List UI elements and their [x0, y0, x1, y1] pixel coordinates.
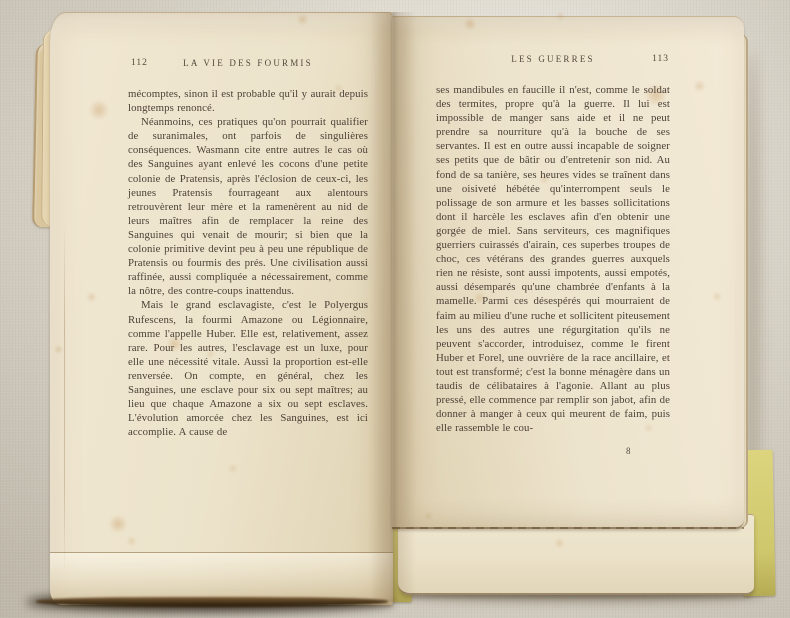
paragraph: mécomptes, sinon il est probable qu'il y…	[128, 87, 368, 115]
right-page-header: LES GUERRES 113	[436, 54, 670, 67]
paragraph: Néanmoins, ces pratiques qu'on pourrait …	[128, 115, 368, 298]
right-page-content: LES GUERRES 113 ses mandibules en faucil…	[436, 54, 670, 435]
page-bottom-edge-shadow	[36, 597, 388, 607]
page-number-right: 113	[652, 54, 669, 64]
page-crease	[64, 223, 65, 575]
right-page-text: ses mandibules en faucille il n'est, com…	[436, 83, 670, 435]
paragraph: Mais le grand esclavagiste, c'est le Pol…	[128, 298, 368, 439]
running-title-left: LA VIE DES FOURMIS	[128, 58, 368, 68]
left-page-content: 112 LA VIE DES FOURMIS mécomptes, sinon …	[128, 58, 368, 439]
paragraph: ses mandibules en faucille il n'est, com…	[436, 83, 670, 435]
running-title-right: LES GUERRES	[436, 54, 670, 64]
book-photograph: 112 LA VIE DES FOURMIS mécomptes, sinon …	[0, 0, 790, 618]
gutter-shadow	[370, 12, 416, 602]
left-page-header: 112 LA VIE DES FOURMIS	[128, 58, 368, 71]
page-number-left: 112	[131, 58, 148, 68]
left-page-text: mécomptes, sinon il est probable qu'il y…	[128, 87, 368, 439]
signature-mark: 8	[626, 446, 631, 456]
